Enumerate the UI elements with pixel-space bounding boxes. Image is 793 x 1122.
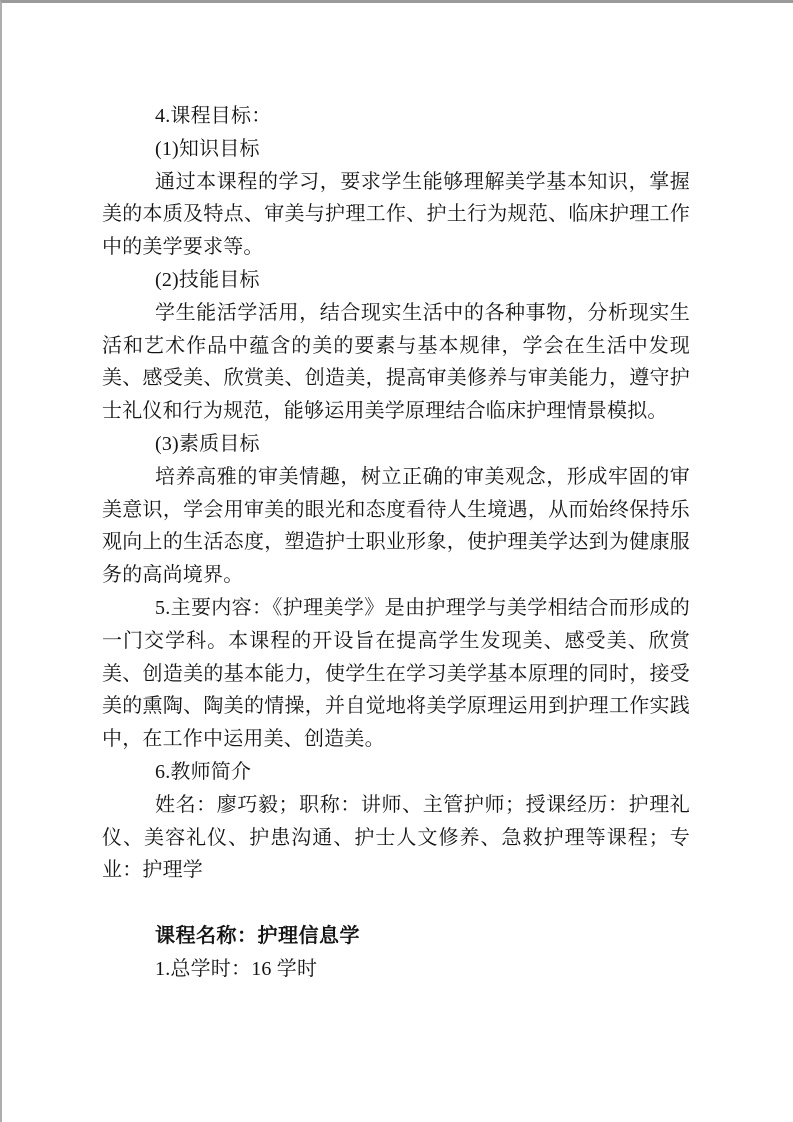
paragraph: 学生能活学活用，结合现实生活中的各种事物，分析现实生活和艺术作品中蕴含的美的要素… bbox=[102, 297, 690, 428]
document-page: 4.课程目标：(1)知识目标通过本课程的学习，要求学生能够理解美学基本知识，掌握… bbox=[0, 0, 793, 1122]
paragraph: 姓名：廖巧毅；职称：讲师、主管护师；授课经历：护理礼仪、美容礼仪、护患沟通、护士… bbox=[102, 789, 690, 887]
document-content: 4.课程目标：(1)知识目标通过本课程的学习，要求学生能够理解美学基本知识，掌握… bbox=[2, 3, 793, 986]
paragraph: 5.主要内容：《护理美学》是由护理学与美学相结合而形成的一门交学科。本课程的开设… bbox=[102, 592, 690, 756]
paragraph: 通过本课程的学习，要求学生能够理解美学基本知识，掌握美的本质及特点、审美与护理工… bbox=[102, 166, 690, 264]
paragraph: (3)素质目标 bbox=[102, 428, 690, 461]
paragraph: 6.教师简介 bbox=[102, 756, 690, 789]
paragraph: (2)技能目标 bbox=[102, 264, 690, 297]
paragraph: (1)知识目标 bbox=[102, 133, 690, 166]
paragraph: 4.课程目标： bbox=[102, 100, 690, 133]
section-heading: 课程名称：护理信息学 bbox=[102, 920, 690, 953]
paragraph: 培养高雅的审美情趣，树立正确的审美观念，形成牢固的审美意识，学会用审美的眼光和态… bbox=[102, 461, 690, 592]
paragraph: 1.总学时：16 学时 bbox=[102, 953, 690, 986]
